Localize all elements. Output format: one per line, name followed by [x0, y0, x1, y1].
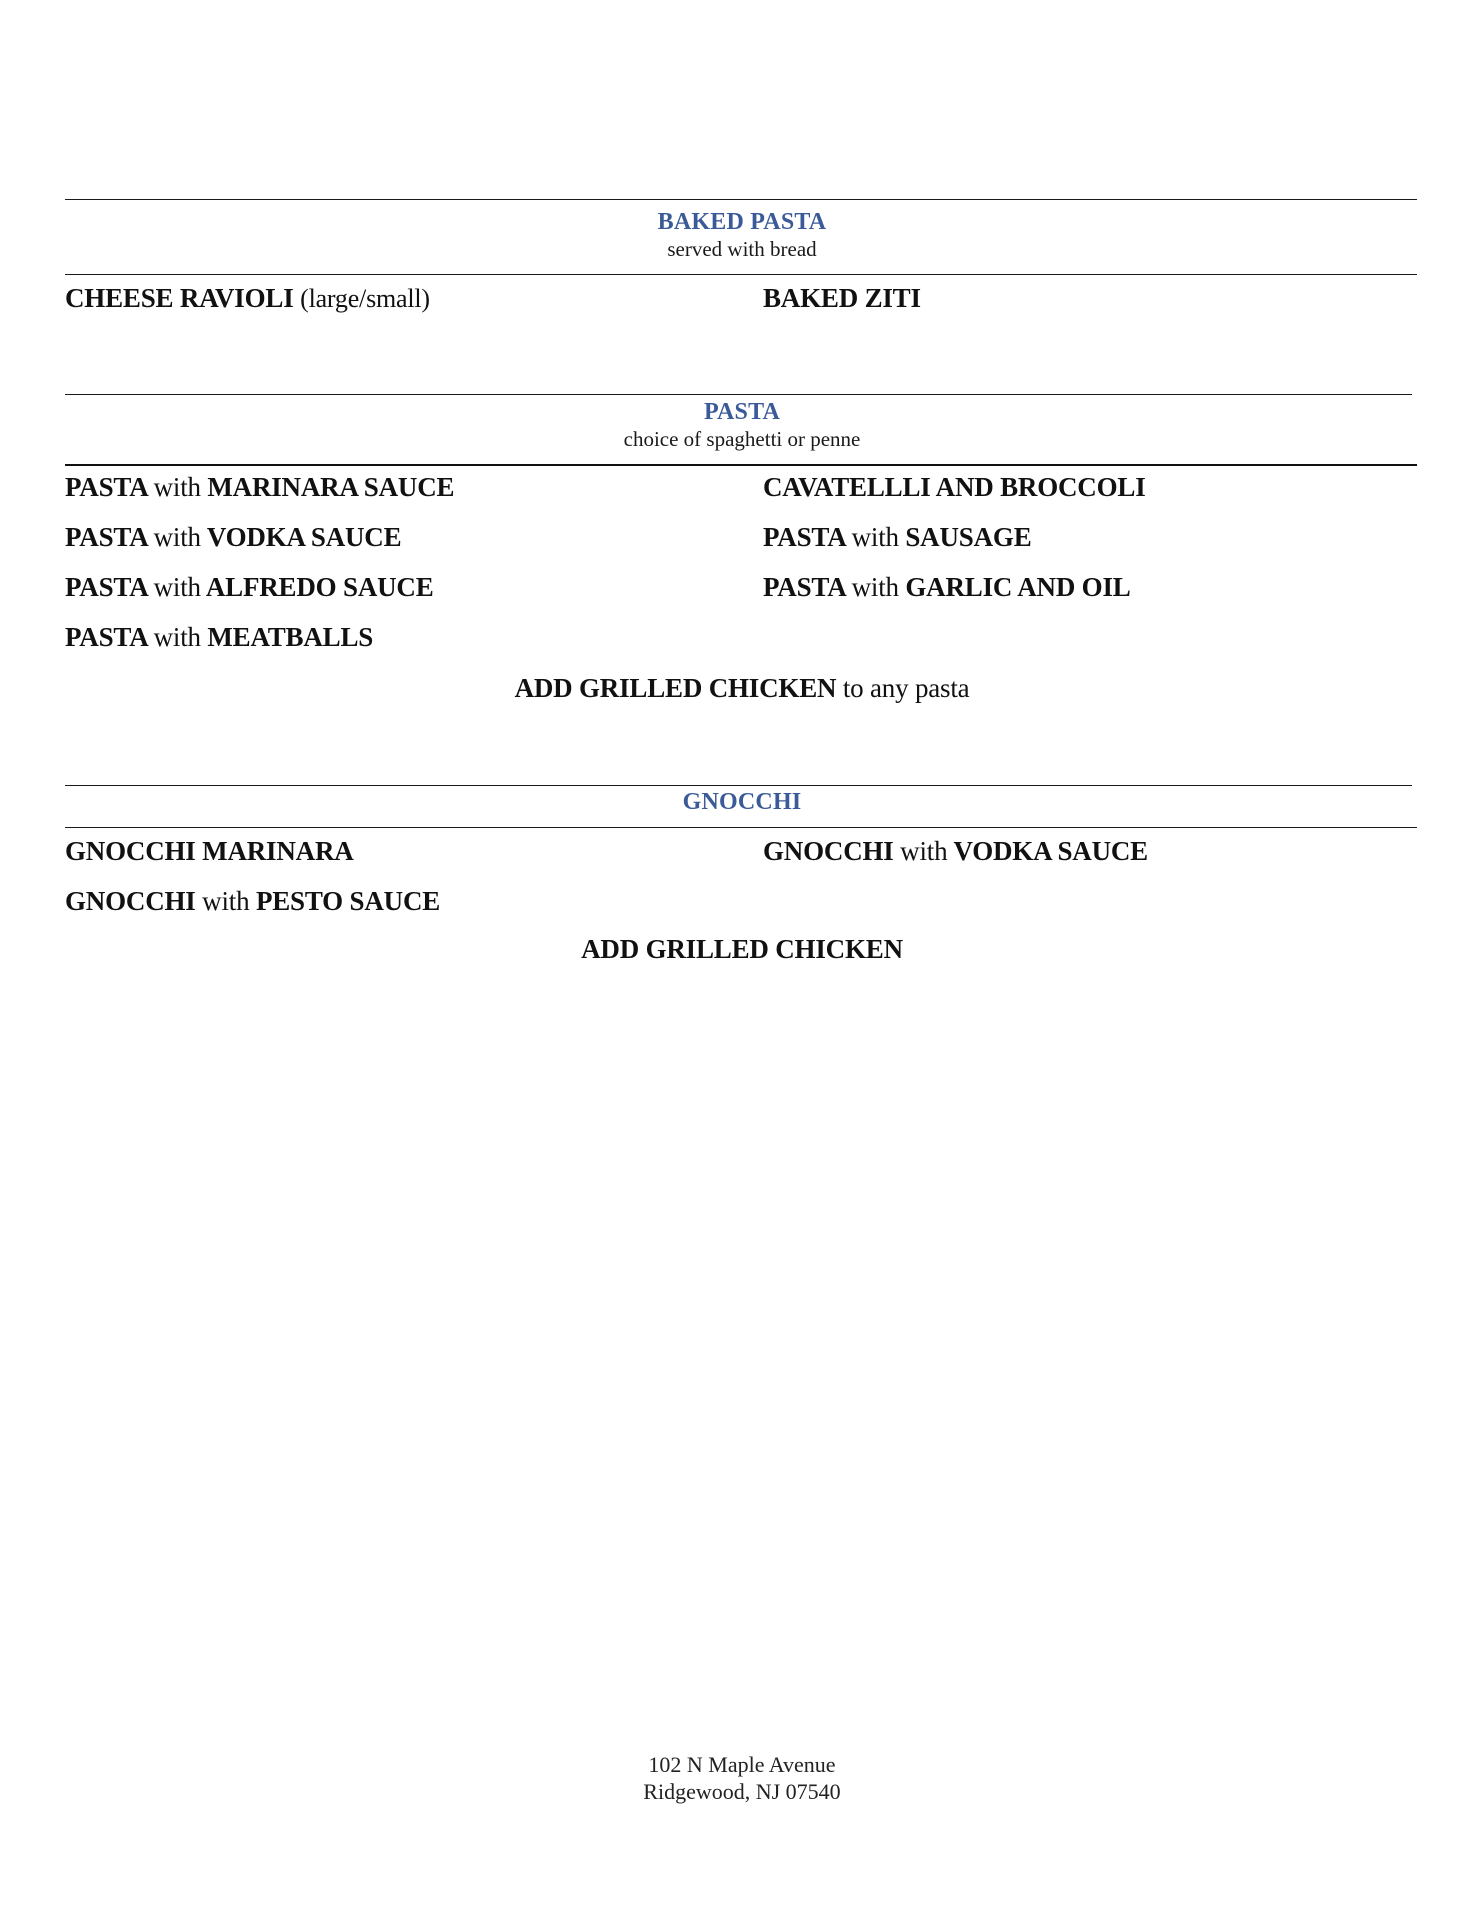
- item-part: with: [154, 472, 201, 502]
- menu-item: PASTA with ALFREDO SAUCE: [65, 572, 434, 603]
- pasta-addon-note: ADD GRILLED CHICKEN to any pasta: [0, 673, 1484, 704]
- section-divider: [65, 199, 1417, 200]
- item-part: GNOCCHI MARINARA: [65, 836, 354, 866]
- menu-item-baked-ziti: BAKED ZITI: [763, 283, 921, 314]
- section-title-pasta: PASTA: [0, 399, 1484, 426]
- item-part: with: [852, 572, 899, 602]
- item-part: PASTA: [65, 472, 147, 502]
- section-subtitle-pasta: choice of spaghetti or penne: [0, 427, 1484, 452]
- item-part: with: [154, 522, 201, 552]
- address-line-1: 102 N Maple Avenue: [0, 1751, 1484, 1778]
- section-divider: [65, 394, 1412, 395]
- item-part: with: [154, 572, 201, 602]
- item-part: PASTA: [65, 522, 147, 552]
- item-part: with: [900, 836, 947, 866]
- item-part: PASTA: [65, 622, 147, 652]
- menu-item: PASTA with MARINARA SAUCE: [65, 472, 454, 503]
- menu-item: GNOCCHI with VODKA SAUCE: [763, 836, 1148, 867]
- menu-item-cheese-ravioli: CHEESE RAVIOLI (large/small): [65, 283, 430, 314]
- menu-item-name: BAKED ZITI: [763, 283, 921, 313]
- gnocchi-addon-note: ADD GRILLED CHICKEN: [0, 934, 1484, 965]
- section-subtitle-baked-pasta: served with bread: [0, 237, 1484, 262]
- section-divider: [65, 274, 1417, 275]
- item-part: GARLIC AND OIL: [905, 572, 1130, 602]
- item-part: PESTO SAUCE: [256, 886, 440, 916]
- menu-item: PASTA with VODKA SAUCE: [65, 522, 401, 553]
- menu-item: GNOCCHI MARINARA: [65, 836, 354, 867]
- addon-label: ADD GRILLED CHICKEN: [581, 934, 903, 964]
- footer-address: 102 N Maple Avenue Ridgewood, NJ 07540: [0, 1751, 1484, 1805]
- item-part: GNOCCHI: [65, 886, 196, 916]
- menu-item-note: (large/small): [300, 284, 430, 313]
- item-part: with: [202, 886, 249, 916]
- item-part: CAVATELLLI AND BROCCOLI: [763, 472, 1146, 502]
- item-part: VODKA SAUCE: [207, 522, 402, 552]
- item-part: PASTA: [65, 572, 147, 602]
- item-part: ALFREDO SAUCE: [206, 572, 434, 602]
- menu-item-name: CHEESE RAVIOLI: [65, 283, 294, 313]
- address-line-2: Ridgewood, NJ 07540: [0, 1778, 1484, 1805]
- menu-item: PASTA with MEATBALLS: [65, 622, 373, 653]
- section-title-baked-pasta: BAKED PASTA: [0, 209, 1484, 236]
- addon-label: ADD GRILLED CHICKEN: [515, 673, 837, 703]
- item-part: with: [154, 622, 201, 652]
- menu-item: PASTA with SAUSAGE: [763, 522, 1032, 553]
- item-part: GNOCCHI: [763, 836, 894, 866]
- item-part: VODKA SAUCE: [953, 836, 1148, 866]
- item-part: MARINARA SAUCE: [207, 472, 454, 502]
- item-part: MEATBALLS: [207, 622, 373, 652]
- section-divider: [65, 464, 1417, 466]
- item-part: PASTA: [763, 572, 845, 602]
- section-divider: [65, 827, 1417, 828]
- menu-item: PASTA with GARLIC AND OIL: [763, 572, 1131, 603]
- addon-detail: to any pasta: [843, 673, 970, 703]
- section-title-gnocchi: GNOCCHI: [0, 789, 1484, 816]
- menu-item: GNOCCHI with PESTO SAUCE: [65, 886, 440, 917]
- item-part: with: [852, 522, 899, 552]
- item-part: PASTA: [763, 522, 845, 552]
- menu-item: CAVATELLLI AND BROCCOLI: [763, 472, 1146, 503]
- item-part: SAUSAGE: [905, 522, 1031, 552]
- section-divider: [65, 785, 1412, 786]
